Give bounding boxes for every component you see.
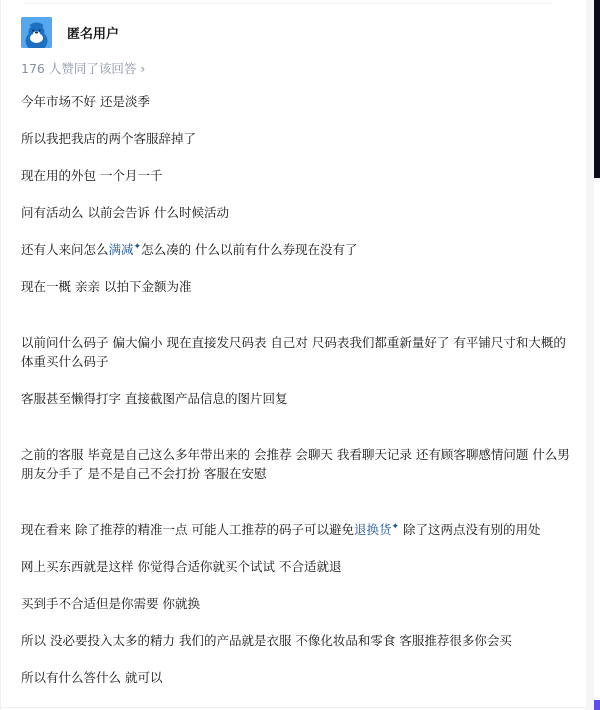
sparkle-icon: ✦ bbox=[391, 522, 399, 532]
avatar[interactable] bbox=[21, 17, 52, 48]
side-panel bbox=[594, 182, 600, 697]
author-info: 匿名用户 bbox=[21, 17, 119, 48]
paragraph-text: 除了这两点没有别的用处 bbox=[399, 522, 540, 537]
paragraph: 还有人来问怎么满减✦怎么凑的 什么以前有什么券现在没有了 bbox=[21, 240, 576, 259]
answer-content: 今年市场不好 还是淡季 所以我把我店的两个客服辞掉了 现在用的外包 一个月一千 … bbox=[21, 92, 576, 687]
paragraph-text: 现在看来 除了推荐的精准一点 可能人工推荐的码子可以避免 bbox=[21, 522, 354, 537]
sparkle-icon: ✦ bbox=[134, 242, 142, 252]
paragraph: 以前问什么码子 偏大偏小 现在直接发尺码表 自己对 尺码表我们都重新量好了 有平… bbox=[21, 333, 576, 371]
keyword-link-manjian[interactable]: 满减 bbox=[109, 242, 134, 257]
paragraph: 所以我把我店的两个客服辞掉了 bbox=[21, 129, 576, 148]
paragraph: 客服甚至懒得打字 直接截图产品信息的图片回复 bbox=[21, 389, 576, 408]
paragraph: 所以 没必要投入太多的精力 我们的产品就是衣服 不像化妆品和零食 客服推荐很多你… bbox=[21, 631, 576, 650]
anonymous-avatar-icon bbox=[21, 17, 52, 48]
side-panel-accent bbox=[594, 700, 600, 710]
upvote-count-link[interactable]: 176 人赞同了该回答 › bbox=[21, 59, 145, 77]
paragraph-text: 还有人来问怎么 bbox=[21, 242, 109, 257]
paragraph: 买到手不合适但是你需要 你就换 bbox=[21, 594, 576, 613]
side-panel-dark bbox=[594, 0, 600, 178]
paragraph: 所以有什么答什么 就可以 bbox=[21, 668, 576, 687]
paragraph: 今年市场不好 还是淡季 bbox=[21, 92, 576, 111]
paragraph: 现在用的外包 一个月一千 bbox=[21, 166, 576, 185]
upvote-text: 176 人赞同了该回答 bbox=[21, 61, 136, 76]
paragraph: 问有活动么 以前会告诉 什么时候活动 bbox=[21, 203, 576, 222]
divider bbox=[23, 3, 553, 4]
paragraph: 网上买东西就是这样 你觉得合适你就买个试试 不合适就退 bbox=[21, 557, 576, 576]
paragraph-text: 怎么凑的 什么以前有什么券现在没有了 bbox=[141, 242, 357, 257]
answer-card: 匿名用户 176 人赞同了该回答 › 今年市场不好 还是淡季 所以我把我店的两个… bbox=[0, 0, 586, 710]
paragraph: 现在看来 除了推荐的精准一点 可能人工推荐的码子可以避免退换货✦ 除了这两点没有… bbox=[21, 520, 576, 539]
paragraph: 现在一概 亲亲 以拍下金额为准 bbox=[21, 277, 576, 296]
chevron-right-icon: › bbox=[140, 61, 145, 76]
paragraph: 之前的客服 毕竟是自己这么多年带出来的 会推荐 会聊天 我看聊天记录 还有顾客聊… bbox=[21, 445, 576, 483]
divider bbox=[1, 707, 587, 708]
keyword-link-tuihuanhuo[interactable]: 退换货 bbox=[354, 522, 392, 537]
author-name[interactable]: 匿名用户 bbox=[67, 23, 119, 42]
